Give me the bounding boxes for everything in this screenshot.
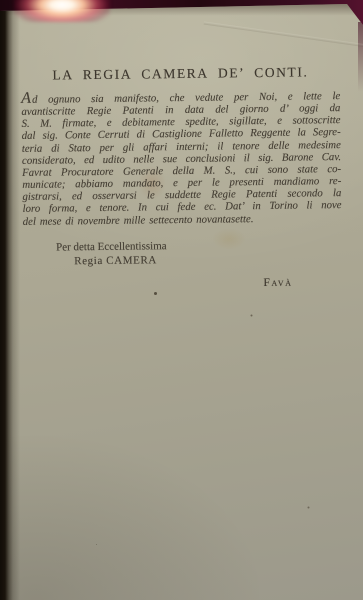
decree-text-block: LA REGIA CAMERA DE’ CONTI. Ad ognuno sia… bbox=[0, 0, 363, 600]
decree-title: LA REGIA CAMERA DE’ CONTI. bbox=[0, 64, 362, 84]
closing-formula: Per detta Eccellentissima Regia CAMERA bbox=[56, 240, 167, 268]
closing-line-1: Per detta Eccellentissima bbox=[56, 240, 167, 255]
signature-name: Favà bbox=[263, 277, 292, 289]
closing-line-2: Regia CAMERA bbox=[74, 254, 167, 269]
decree-body: Ad ognuno sia manifesto, che vedute per … bbox=[21, 90, 342, 228]
